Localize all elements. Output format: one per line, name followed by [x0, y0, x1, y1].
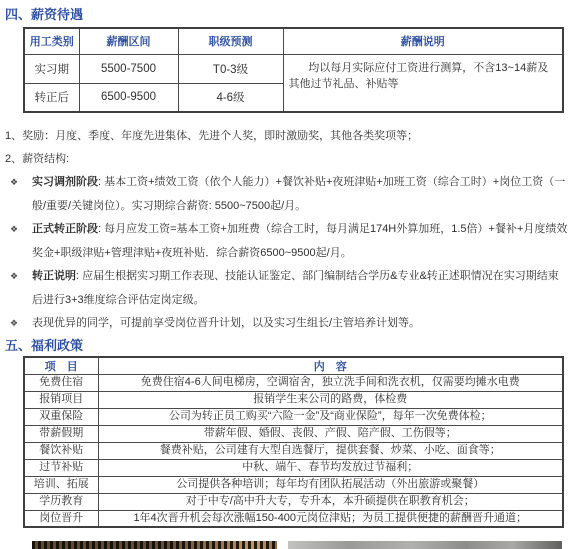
numbered-list: 1、奖励：月度、季度、年度先进集体、先进个人奖，即时激励奖，其他各类奖项等； 2… — [5, 125, 576, 171]
bullet-internship-stage: ❖实习调剂阶段: 基本工资+绩效工资（依个人能力）+餐饮补贴+夜班津贴+加班工资… — [32, 171, 569, 218]
benefit-item-content: 餐费补贴，公司建有大型自选餐厅，提供套餐、炒菜、小吃、面食等； — [98, 442, 563, 459]
salary-cell-type-internship: 实习期 — [24, 54, 79, 83]
table-row: 报销项目 报销学生来公司的路费，体检费 — [24, 391, 563, 408]
benefit-item-content: 中秋、端午、春节均发放过节福利； — [98, 459, 563, 476]
section4-heading: 四、薪资待遇 — [5, 7, 576, 22]
benefit-item-label: 免费住宿 — [24, 374, 98, 391]
benefit-item-content: 对于中专/高中升大专，专升本，本升硕提供在职教育机会； — [98, 493, 563, 510]
table-row: 免费住宿 免费住宿4-6人间电梯房，空调宿舍，独立洗手间和洗衣机，仅需要均摊水电… — [24, 374, 563, 391]
table-row: 餐饮补贴 餐费补贴，公司建有大型自选餐厅，提供套餐、炒菜、小吃、面食等； — [24, 442, 563, 459]
benefits-table: 项 目 内 容 免费住宿 免费住宿4-6人间电梯房，空调宿舍，独立洗手间和洗衣机… — [23, 356, 564, 529]
diamond-bullet-icon: ❖ — [10, 265, 18, 289]
benefit-item-content: 报销学生来公司的路费，体检费 — [98, 391, 563, 408]
bullet-body-text: 表现优异的同学，可提前享受岗位晋升计划，以及实习生组长/主管培养计划等。 — [32, 317, 420, 329]
salary-header-salary-range: 薪酬区间 — [79, 28, 178, 54]
bullet-lead-text: 正式转正阶段 — [32, 223, 98, 235]
benefit-item-label: 培训、拓展 — [24, 476, 98, 493]
bullet-lead-text: 转正说明 — [32, 270, 76, 282]
bullet-body-text: : 应届生根据实习期工作表现、技能认证鉴定、部门编制结合学历&专业&转正述职情况… — [32, 270, 559, 306]
benefit-item-label: 餐饮补贴 — [24, 442, 98, 459]
benefit-item-label: 报销项目 — [24, 391, 98, 408]
salary-cell-range-internship: 5500-7500 — [79, 54, 178, 83]
salary-header-level-forecast: 职级预测 — [178, 28, 283, 54]
salary-cell-type-regular: 转正后 — [24, 83, 79, 112]
bullet-lead-text: 实习调剂阶段 — [32, 176, 98, 188]
campus-photo-right — [288, 541, 562, 549]
bullet-outstanding-performers: ❖表现优异的同学，可提前享受岗位晋升计划，以及实习生组长/主管培养计划等。 — [32, 312, 569, 336]
benefit-item-label: 岗位晋升 — [24, 510, 98, 527]
salary-header-salary-note: 薪酬说明 — [283, 28, 563, 54]
benefits-table-header-row: 项 目 内 容 — [24, 357, 563, 375]
table-row: 岗位晋升 1年4次晋升机会每次涨幅150-400元岗位津贴；为员工提供便捷的薪酬… — [24, 510, 563, 527]
salary-table: 用工类别 薪酬区间 职级预测 薪酬说明 实习期 5500-7500 T0-3级 … — [23, 27, 564, 113]
benefit-item-content: 公司提供各种培训；每年均有团队拓展活动（外出旅游或聚餐） — [98, 476, 563, 493]
list-item-awards: 1、奖励：月度、季度、年度先进集体、先进个人奖，即时激励奖，其他各类奖项等； — [5, 125, 576, 148]
campus-photo-left — [32, 541, 277, 549]
benefits-header-content: 内 容 — [98, 357, 563, 375]
recruitment-document-page: 四、薪资待遇 用工类别 薪酬区间 职级预测 薪酬说明 实习期 5500-7500… — [0, 0, 576, 549]
salary-cell-range-regular: 6500-9500 — [79, 83, 178, 112]
table-row: 学历教育 对于中专/高中升大专，专升本，本升硕提供在职教育机会； — [24, 493, 563, 510]
benefit-item-label: 过节补贴 — [24, 459, 98, 476]
salary-note-cell: 均以每月实际应付工资进行测算，不含13~14薪及其他过节礼品、补贴等 — [283, 54, 563, 112]
benefit-item-content: 1年4次晋升机会每次涨幅150-400元岗位津贴；为员工提供便捷的薪酬晋升通道； — [98, 510, 563, 527]
benefit-item-label: 学历教育 — [24, 493, 98, 510]
bullet-body-text: : 基本工资+绩效工资（依个人能力）+餐饮补贴+夜班津贴+加班工资（综合工时）+… — [32, 176, 565, 212]
benefit-item-content: 免费住宿4-6人间电梯房，空调宿舍，独立洗手间和洗衣机，仅需要均摊水电费 — [98, 374, 563, 391]
diamond-bullet-icon: ❖ — [10, 312, 18, 336]
list-item-salary-structure: 2、薪资结构: — [5, 148, 576, 171]
salary-header-employment-type: 用工类别 — [24, 28, 79, 54]
benefit-item-content: 带薪年假、婚假、丧假、产假、陪产假、工伤假等； — [98, 425, 563, 442]
table-row: 过节补贴 中秋、端午、春节均发放过节福利； — [24, 459, 563, 476]
table-row: 带薪假期 带薪年假、婚假、丧假、产假、陪产假、工伤假等； — [24, 425, 563, 442]
salary-cell-level-internship: T0-3级 — [178, 54, 283, 83]
salary-cell-level-regular: 4-6级 — [178, 83, 283, 112]
bullet-body-text: : 每月应发工资=基本工资+加班费（综合工时，每月满足174H外算加班，1.5倍… — [32, 223, 567, 259]
benefits-header-item: 项 目 — [24, 357, 98, 375]
diamond-bullet-icon: ❖ — [10, 171, 18, 195]
benefit-item-label: 带薪假期 — [24, 425, 98, 442]
benefit-item-label: 双重保险 — [24, 408, 98, 425]
table-row: 双重保险 公司为转正员工购买“六险一金”及“商业保险”，每年一次免费体检； — [24, 408, 563, 425]
bullet-list: ❖实习调剂阶段: 基本工资+绩效工资（依个人能力）+餐饮补贴+夜班津贴+加班工资… — [32, 171, 569, 336]
bullet-regularization-note: ❖转正说明: 应届生根据实习期工作表现、技能认证鉴定、部门编制结合学历&专业&转… — [32, 265, 569, 312]
salary-table-header-row: 用工类别 薪酬区间 职级预测 薪酬说明 — [24, 28, 563, 54]
benefit-item-content: 公司为转正员工购买“六险一金”及“商业保险”，每年一次免费体检； — [98, 408, 563, 425]
diamond-bullet-icon: ❖ — [10, 218, 18, 242]
section5-heading: 五、福利政策 — [5, 338, 576, 353]
table-row: 实习期 5500-7500 T0-3级 均以每月实际应付工资进行测算，不含13~… — [24, 54, 563, 83]
bullet-regular-stage: ❖正式转正阶段: 每月应发工资=基本工资+加班费（综合工时，每月满足174H外算… — [32, 218, 569, 265]
table-row: 培训、拓展 公司提供各种培训；每年均有团队拓展活动（外出旅游或聚餐） — [24, 476, 563, 493]
